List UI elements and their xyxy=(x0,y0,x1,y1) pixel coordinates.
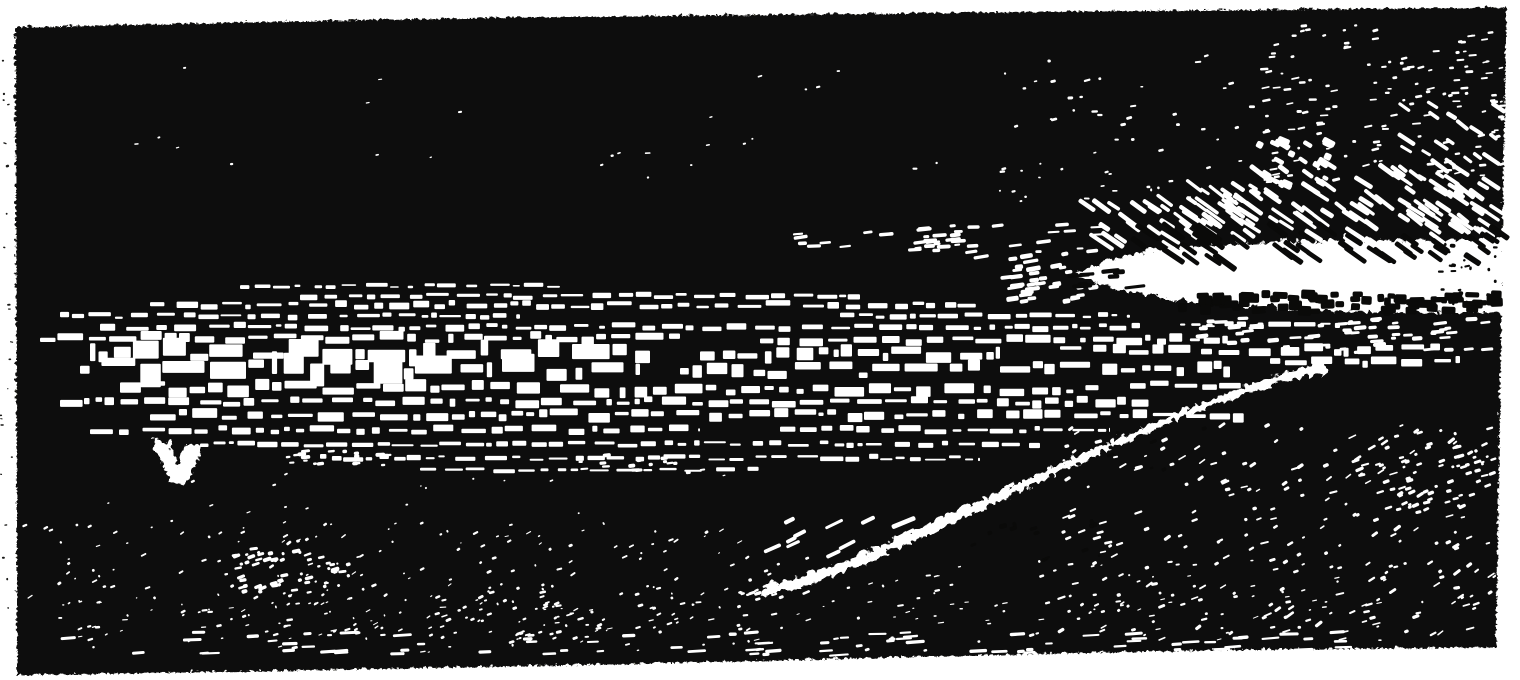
engraved-photo xyxy=(0,0,1520,680)
page xyxy=(0,0,1520,680)
